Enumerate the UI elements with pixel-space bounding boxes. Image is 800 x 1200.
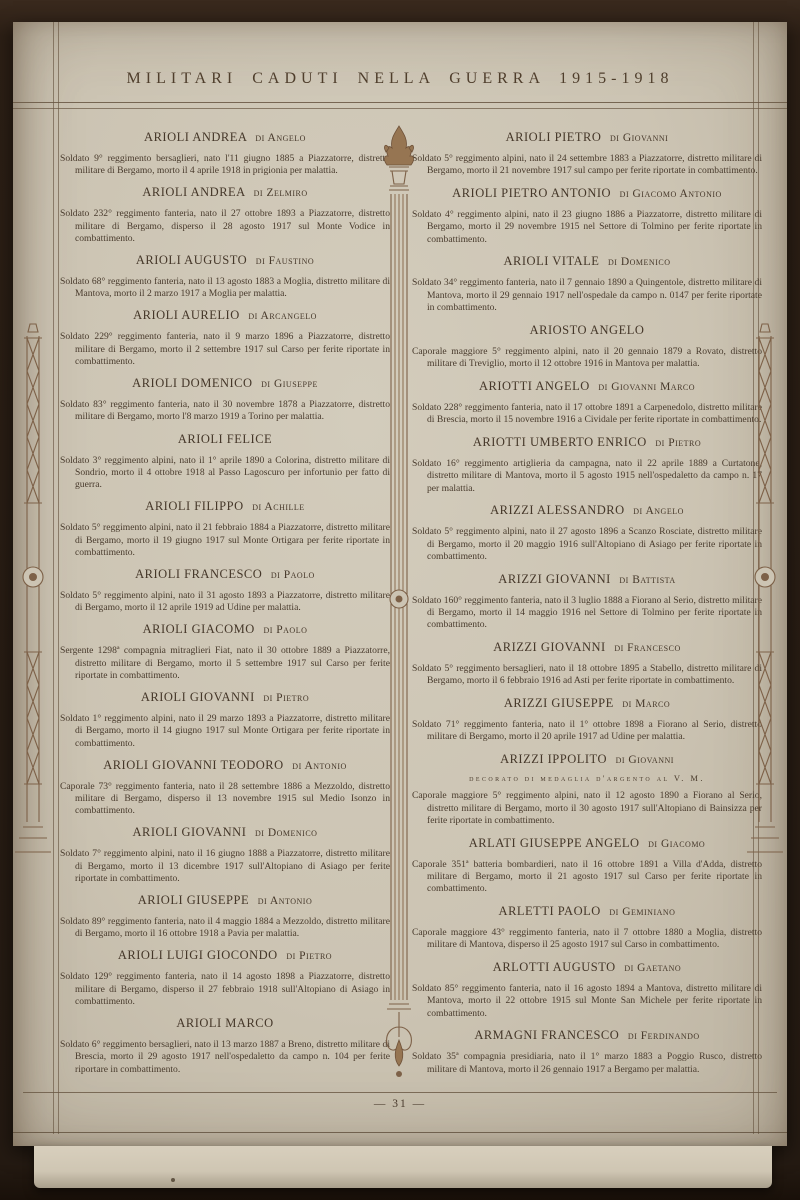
- soldier-record-text: Soldato 3° reggimento alpini, nato il 1°…: [60, 455, 390, 492]
- paper-speck: [171, 1178, 175, 1182]
- soldier-record-text: Soldato 5° reggimento bersaglieri, nato …: [412, 663, 762, 688]
- soldier-name: ARIZZI GIUSEPPE: [504, 696, 614, 710]
- soldier-record-text: Soldato 9° reggimento bersaglieri, nato …: [60, 153, 390, 178]
- soldier-name: ARIZZI ALESSANDRO: [490, 503, 625, 517]
- soldier-name: ARIZZI GIOVANNI: [498, 572, 610, 586]
- soldier-name: ARIOLI FILIPPO: [145, 499, 243, 513]
- book-photo-background: MILITARI CADUTI NELLA GUERRA 1915-1918 A…: [0, 0, 800, 1200]
- soldier-name-heading: ARIZZI IPPOLITO di Giovanni: [412, 752, 762, 767]
- soldier-entry: ARIZZI GIOVANNI di Francesco Soldato 5° …: [412, 640, 762, 688]
- soldier-patronymic: di Domenico: [255, 827, 317, 839]
- soldier-record-text: Soldato 4° reggimento alpini, nato il 23…: [412, 209, 762, 246]
- soldier-entry: ARLOTTI AUGUSTO di Gaetano Soldato 85° r…: [412, 960, 762, 1020]
- soldier-patronymic: di Faustino: [256, 255, 314, 267]
- soldier-entry: ARIOLI FELICE Soldato 3° reggimento alpi…: [60, 432, 390, 492]
- soldier-record-text: Soldato 68° reggimento fanteria, nato il…: [60, 276, 390, 301]
- soldier-name: ARIZZI GIOVANNI: [493, 640, 605, 654]
- soldier-name-heading: ARIOLI GIOVANNI TEODORO di Antonio: [60, 758, 390, 773]
- soldier-name: ARIOLI ANDREA: [144, 130, 247, 144]
- soldier-name-heading: ARIOLI ANDREA di Angelo: [60, 130, 390, 145]
- soldier-record-text: Soldato 160° reggimento fanteria, nato i…: [412, 595, 762, 632]
- soldier-record-text: Soldato 35ª compagnia presidiaria, nato …: [412, 1051, 762, 1076]
- soldier-name: ARIZZI IPPOLITO: [500, 752, 607, 766]
- soldier-name: ARIOLI AURELIO: [133, 308, 240, 322]
- soldier-record-text: Soldato 34° reggimento fanteria, nato il…: [412, 277, 762, 314]
- soldier-name: ARIOLI MARCO: [176, 1016, 273, 1030]
- soldier-name: ARLOTTI AUGUSTO: [493, 960, 616, 974]
- soldier-entry: ARIOTTI ANGELO di Giovanni Marco Soldato…: [412, 379, 762, 427]
- soldier-name: ARMAGNI FRANCESCO: [474, 1028, 619, 1042]
- soldier-name: ARIOLI PIETRO: [506, 130, 602, 144]
- soldier-patronymic: di Antonio: [258, 895, 313, 907]
- soldier-name-heading: ARIOLI AURELIO di Arcangelo: [60, 308, 390, 323]
- soldier-entry: ARIZZI ALESSANDRO di Angelo Soldato 5° r…: [412, 503, 762, 563]
- soldier-entry: ARIOLI FRANCESCO di Paolo Soldato 5° reg…: [60, 567, 390, 615]
- soldier-record-text: Soldato 83° reggimento fanteria, nato il…: [60, 399, 390, 424]
- soldier-name-heading: ARIOLI MARCO: [60, 1016, 390, 1031]
- left-frame-rule: [53, 22, 59, 1134]
- soldier-record-text: Soldato 89° reggimento fanteria, nato il…: [60, 916, 390, 941]
- soldier-name: ARIOLI ANDREA: [142, 185, 245, 199]
- soldier-name-heading: ARIOLI DOMENICO di Giuseppe: [60, 376, 390, 391]
- soldier-record-text: Soldato 228° reggimento fanteria, nato i…: [412, 402, 762, 427]
- soldier-record-text: Soldato 229° reggimento fanteria, nato i…: [60, 331, 390, 368]
- soldier-entry: ARIOLI PIETRO ANTONIO di Giacomo Antonio…: [412, 186, 762, 246]
- underlying-page-edge: [34, 1146, 772, 1188]
- decoration-line: decorato di medaglia d'argento al V. M.: [412, 773, 762, 783]
- soldier-patronymic: di Pietro: [286, 950, 332, 962]
- soldier-record-text: Soldato 16° reggimento artiglieria da ca…: [412, 458, 762, 495]
- soldier-name: ARIOLI GIOVANNI: [141, 690, 255, 704]
- soldier-name: ARIOLI FRANCESCO: [135, 567, 262, 581]
- soldier-record-text: Soldato 71° reggimento fanteria, nato il…: [412, 719, 762, 744]
- soldier-entry: ARIOLI GIOVANNI TEODORO di Antonio Capor…: [60, 758, 390, 818]
- soldier-name-heading: ARIZZI GIUSEPPE di Marco: [412, 696, 762, 711]
- footer-rule: [23, 1092, 777, 1093]
- soldier-record-text: Soldato 5° reggimento alpini, nato il 21…: [60, 522, 390, 559]
- entries-column-right: ARIOLI PIETRO di Giovanni Soldato 5° reg…: [412, 130, 762, 1076]
- soldier-entry: ARIZZI IPPOLITO di Giovanni decorato di …: [412, 752, 762, 827]
- soldier-patronymic: di Ferdinando: [628, 1030, 700, 1042]
- entries-column-left: ARIOLI ANDREA di Angelo Soldato 9° reggi…: [60, 130, 390, 1076]
- soldier-name: ARLETTI PAOLO: [499, 904, 601, 918]
- soldier-record-text: Caporale maggiore 5° reggimento alpini, …: [412, 346, 762, 371]
- soldier-entry: ARIOLI MARCO Soldato 6° reggimento bersa…: [60, 1016, 390, 1076]
- soldier-entry: ARIOSTO ANGELO Caporale maggiore 5° regg…: [412, 323, 762, 371]
- soldier-patronymic: di Antonio: [292, 760, 347, 772]
- soldier-name: ARIOTTI ANGELO: [479, 379, 590, 393]
- soldier-record-text: Soldato 7° reggimento alpini, nato il 16…: [60, 848, 390, 885]
- soldier-entry: ARIZZI GIOVANNI di Battista Soldato 160°…: [412, 572, 762, 632]
- soldier-patronymic: di Angelo: [255, 132, 306, 144]
- soldier-name-heading: ARIOLI GIACOMO di Paolo: [60, 622, 390, 637]
- soldier-patronymic: di Geminiano: [609, 906, 675, 918]
- soldier-record-text: Caporale 351ª batteria bombardieri, nato…: [412, 859, 762, 896]
- soldier-name-heading: ARIOLI FILIPPO di Achille: [60, 499, 390, 514]
- soldier-patronymic: di Giacomo: [648, 838, 705, 850]
- soldier-patronymic: di Angelo: [633, 505, 684, 517]
- soldier-name-heading: ARIOTTI ANGELO di Giovanni Marco: [412, 379, 762, 394]
- soldier-entry: ARLATI GIUSEPPE ANGELO di Giacomo Capora…: [412, 836, 762, 896]
- soldier-name-heading: ARIOLI LUIGI GIOCONDO di Pietro: [60, 948, 390, 963]
- soldier-record-text: Soldato 1° reggimento alpini, nato il 29…: [60, 713, 390, 750]
- soldier-name-heading: ARIZZI GIOVANNI di Battista: [412, 572, 762, 587]
- soldier-patronymic: di Achille: [252, 501, 304, 513]
- soldier-name-heading: ARIOSTO ANGELO: [412, 323, 762, 338]
- left-lattice-border-icon: [7, 322, 59, 867]
- page-title: MILITARI CADUTI NELLA GUERRA 1915-1918: [13, 70, 787, 88]
- soldier-entry: ARIOLI AUGUSTO di Faustino Soldato 68° r…: [60, 253, 390, 301]
- soldier-patronymic: di Pietro: [655, 437, 701, 449]
- entries-two-column-layout: ARIOLI ANDREA di Angelo Soldato 9° reggi…: [60, 130, 762, 1076]
- soldier-entry: ARIZZI GIUSEPPE di Marco Soldato 71° reg…: [412, 696, 762, 744]
- soldier-record-text: Soldato 5° reggimento alpini, nato il 27…: [412, 526, 762, 563]
- soldier-name-heading: ARLATI GIUSEPPE ANGELO di Giacomo: [412, 836, 762, 851]
- soldier-record-text: Soldato 6° reggimento bersaglieri, nato …: [60, 1039, 390, 1076]
- soldier-name-heading: ARIOLI FRANCESCO di Paolo: [60, 567, 390, 582]
- soldier-entry: ARIOLI GIUSEPPE di Antonio Soldato 89° r…: [60, 893, 390, 941]
- soldier-record-text: Caporale 73° reggimento fanteria, nato i…: [60, 781, 390, 818]
- soldier-patronymic: di Domenico: [608, 256, 670, 268]
- soldier-entry: ARIOLI FILIPPO di Achille Soldato 5° reg…: [60, 499, 390, 559]
- book-page: MILITARI CADUTI NELLA GUERRA 1915-1918 A…: [13, 22, 787, 1146]
- soldier-patronymic: di Giuseppe: [261, 378, 318, 390]
- soldier-name: ARIOLI LUIGI GIOCONDO: [118, 948, 278, 962]
- soldier-entry: ARIOLI ANDREA di Angelo Soldato 9° reggi…: [60, 130, 390, 178]
- soldier-entry: ARIOLI ANDREA di Zelmiro Soldato 232° re…: [60, 185, 390, 245]
- soldier-patronymic: di Giovanni Marco: [598, 381, 695, 393]
- soldier-name-heading: ARLETTI PAOLO di Geminiano: [412, 904, 762, 919]
- soldier-entry: ARIOLI GIOVANNI di Domenico Soldato 7° r…: [60, 825, 390, 885]
- soldier-entry: ARIOLI VITALE di Domenico Soldato 34° re…: [412, 254, 762, 314]
- soldier-name: ARIOLI PIETRO ANTONIO: [452, 186, 611, 200]
- soldier-patronymic: di Paolo: [271, 569, 315, 581]
- soldier-patronymic: di Pietro: [263, 692, 309, 704]
- soldier-name: ARIOLI GIACOMO: [143, 622, 255, 636]
- soldier-name: ARIOLI AUGUSTO: [136, 253, 247, 267]
- soldier-name-heading: ARIZZI ALESSANDRO di Angelo: [412, 503, 762, 518]
- soldier-entry: ARIOLI PIETRO di Giovanni Soldato 5° reg…: [412, 130, 762, 178]
- soldier-entry: ARIOLI GIACOMO di Paolo Sergente 1298ª c…: [60, 622, 390, 682]
- title-divider-rule: [13, 102, 787, 109]
- soldier-name: ARIOLI DOMENICO: [132, 376, 252, 390]
- soldier-record-text: Soldato 129° reggimento fanteria, nato i…: [60, 971, 390, 1008]
- soldier-name-heading: ARIZZI GIOVANNI di Francesco: [412, 640, 762, 655]
- soldier-name-heading: ARIOLI VITALE di Domenico: [412, 254, 762, 269]
- soldier-name-heading: ARLOTTI AUGUSTO di Gaetano: [412, 960, 762, 975]
- soldier-patronymic: di Giovanni: [616, 754, 674, 766]
- soldier-patronymic: di Francesco: [614, 642, 680, 654]
- soldier-record-text: Soldato 232° reggimento fanteria, nato i…: [60, 208, 390, 245]
- soldier-name: ARIOLI GIUSEPPE: [138, 893, 249, 907]
- bottom-edge-rule: [13, 1132, 787, 1133]
- soldier-entry: ARIOLI GIOVANNI di Pietro Soldato 1° reg…: [60, 690, 390, 750]
- soldier-name-heading: ARIOLI PIETRO di Giovanni: [412, 130, 762, 145]
- soldier-name-heading: ARIOLI GIOVANNI di Pietro: [60, 690, 390, 705]
- soldier-entry: ARLETTI PAOLO di Geminiano Caporale magg…: [412, 904, 762, 952]
- soldier-name: ARIOLI FELICE: [178, 432, 272, 446]
- soldier-name: ARIOLI GIOVANNI TEODORO: [103, 758, 283, 772]
- soldier-patronymic: di Giovanni: [610, 132, 668, 144]
- soldier-record-text: Caporale maggiore 5° reggimento alpini, …: [412, 790, 762, 827]
- soldier-patronymic: di Zelmiro: [254, 187, 308, 199]
- soldier-record-text: Soldato 85° reggimento fanteria, nato il…: [412, 983, 762, 1020]
- soldier-record-text: Sergente 1298ª compagnia mitraglieri Fia…: [60, 645, 390, 682]
- soldier-name: ARLATI GIUSEPPE ANGELO: [469, 836, 640, 850]
- soldier-patronymic: di Paolo: [263, 624, 307, 636]
- soldier-patronymic: di Battista: [619, 574, 675, 586]
- soldier-patronymic: di Arcangelo: [248, 310, 317, 322]
- soldier-entry: ARIOLI DOMENICO di Giuseppe Soldato 83° …: [60, 376, 390, 424]
- soldier-name-heading: ARIOTTI UMBERTO ENRICO di Pietro: [412, 435, 762, 450]
- soldier-entry: ARIOTTI UMBERTO ENRICO di Pietro Soldato…: [412, 435, 762, 495]
- soldier-name: ARIOLI VITALE: [504, 254, 600, 268]
- soldier-patronymic: di Giacomo Antonio: [620, 188, 722, 200]
- soldier-name-heading: ARIOLI GIOVANNI di Domenico: [60, 825, 390, 840]
- soldier-name-heading: ARIOLI FELICE: [60, 432, 390, 447]
- soldier-name-heading: ARIOLI GIUSEPPE di Antonio: [60, 893, 390, 908]
- soldier-name-heading: ARIOLI ANDREA di Zelmiro: [60, 185, 390, 200]
- soldier-record-text: Soldato 5° reggimento alpini, nato il 24…: [412, 153, 762, 178]
- soldier-entry: ARMAGNI FRANCESCO di Ferdinando Soldato …: [412, 1028, 762, 1076]
- soldier-entry: ARIOLI AURELIO di Arcangelo Soldato 229°…: [60, 308, 390, 368]
- page-number: — 31 —: [13, 1098, 787, 1110]
- soldier-patronymic: di Marco: [622, 698, 670, 710]
- soldier-name-heading: ARIOLI AUGUSTO di Faustino: [60, 253, 390, 268]
- soldier-name: ARIOTTI UMBERTO ENRICO: [473, 435, 647, 449]
- soldier-name-heading: ARIOLI PIETRO ANTONIO di Giacomo Antonio: [412, 186, 762, 201]
- soldier-patronymic: di Gaetano: [624, 962, 681, 974]
- soldier-record-text: Soldato 5° reggimento alpini, nato il 31…: [60, 590, 390, 615]
- soldier-record-text: Caporale maggiore 43° reggimento fanteri…: [412, 927, 762, 952]
- soldier-name-heading: ARMAGNI FRANCESCO di Ferdinando: [412, 1028, 762, 1043]
- soldier-name: ARIOLI GIOVANNI: [133, 825, 247, 839]
- soldier-entry: ARIOLI LUIGI GIOCONDO di Pietro Soldato …: [60, 948, 390, 1008]
- soldier-name: ARIOSTO ANGELO: [530, 323, 645, 337]
